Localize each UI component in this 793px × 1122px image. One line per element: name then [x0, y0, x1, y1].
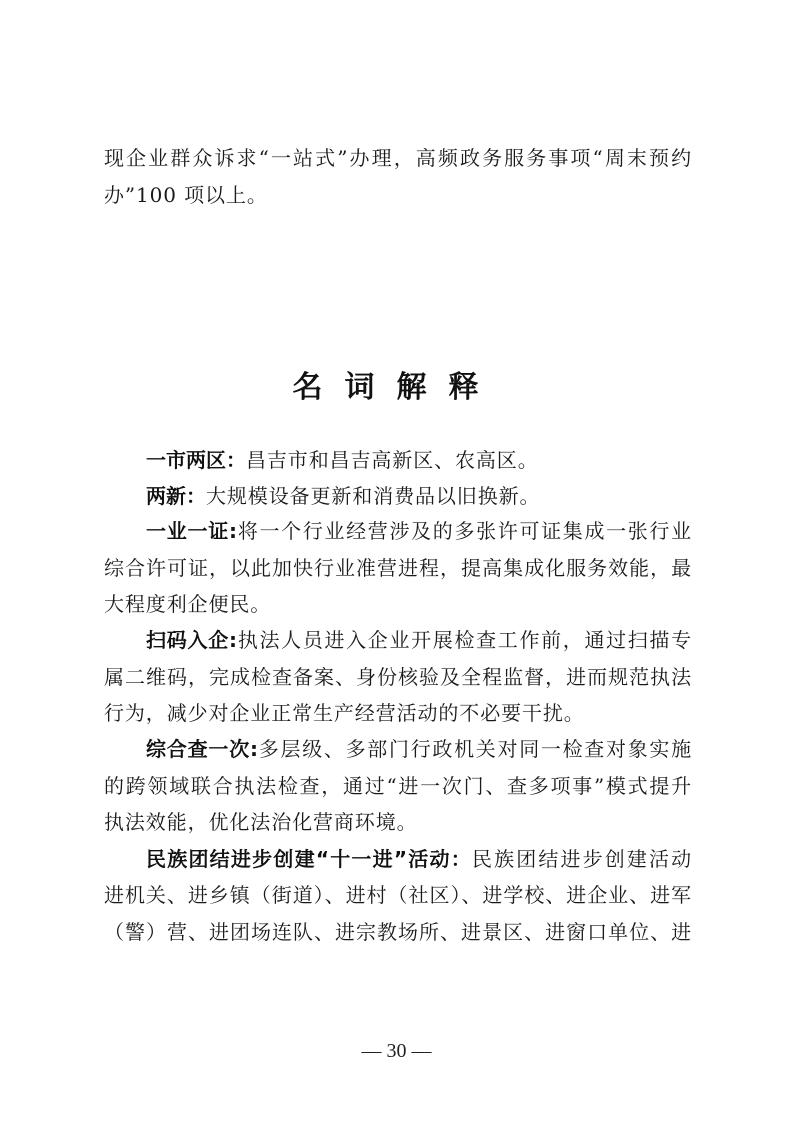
section-title: 名词解释	[0, 362, 793, 406]
glossary-entry-yiye-yizheng: 一业一证:将一个行业经营涉及的多张许可证集成一张行业	[104, 519, 692, 543]
glossary-term: 民族团结进步创建“十一进”活动：	[146, 847, 472, 871]
glossary-definition-line: 进机关、进乡镇（街道）、进村（社区）、进学校、进企业、进军	[104, 883, 692, 907]
glossary-term: 两新：	[146, 484, 206, 508]
glossary-entry-zonghe-cha-yici: 综合查一次:多层级、多部门行政机关对同一检查对象实施	[104, 737, 692, 761]
glossary-definition-line: 行为，减少对企业正常生产经营活动的不必要干扰。	[104, 701, 692, 725]
glossary-entry-liangxin: 两新：大规模设备更新和消费品以旧换新。	[104, 484, 692, 508]
glossary-entry-yishi-liangqu: 一市两区：昌吉市和昌吉高新区、农高区。	[104, 448, 692, 472]
continuation-line-1: 现企业群众诉求“一站式”办理，高频政务服务事项“周末预约	[104, 146, 692, 170]
glossary-definition-line: （警）营、进团场连队、进宗教场所、进景区、进窗口单位、进	[104, 920, 692, 944]
glossary-entry-saoma-ruqi: 扫码入企:执法人员进入企业开展检查工作前，通过扫描专	[104, 628, 692, 652]
glossary-term: 扫码入企:	[146, 628, 237, 652]
glossary-definition-line: 的跨领域联合执法检查，通过“进一次门、查多项事”模式提升	[104, 774, 692, 798]
glossary-definition: 昌吉市和昌吉高新区、农高区。	[246, 448, 539, 472]
glossary-definition-line: 大程度利企便民。	[104, 592, 692, 616]
glossary-term: 一市两区：	[146, 448, 246, 472]
glossary-definition: 多层级、多部门行政机关对同一检查对象实施	[258, 737, 692, 761]
glossary-definition-line: 综合许可证，以此加快行业准营进程，提高集成化服务效能，最	[104, 556, 692, 580]
glossary-term: 一业一证:	[146, 519, 237, 543]
glossary-definition: 大规模设备更新和消费品以旧换新。	[206, 484, 540, 508]
glossary-term: 综合查一次:	[146, 737, 258, 761]
glossary-definition: 民族团结进步创建活动	[472, 847, 692, 871]
glossary-definition-line: 属二维码，完成检查备案、身份核验及全程监督，进而规范执法	[104, 665, 692, 689]
glossary-definition: 执法人员进入企业开展检查工作前，通过扫描专	[237, 628, 692, 652]
glossary-definition: 将一个行业经营涉及的多张许可证集成一张行业	[237, 519, 692, 543]
glossary-definition-line: 执法效能，优化法治化营商环境。	[104, 810, 692, 834]
page-number: — 30 —	[0, 1040, 793, 1063]
glossary-entry-shiyi-jin: 民族团结进步创建“十一进”活动：民族团结进步创建活动	[104, 847, 692, 871]
continuation-line-2: 办”100 项以上。	[104, 183, 692, 207]
